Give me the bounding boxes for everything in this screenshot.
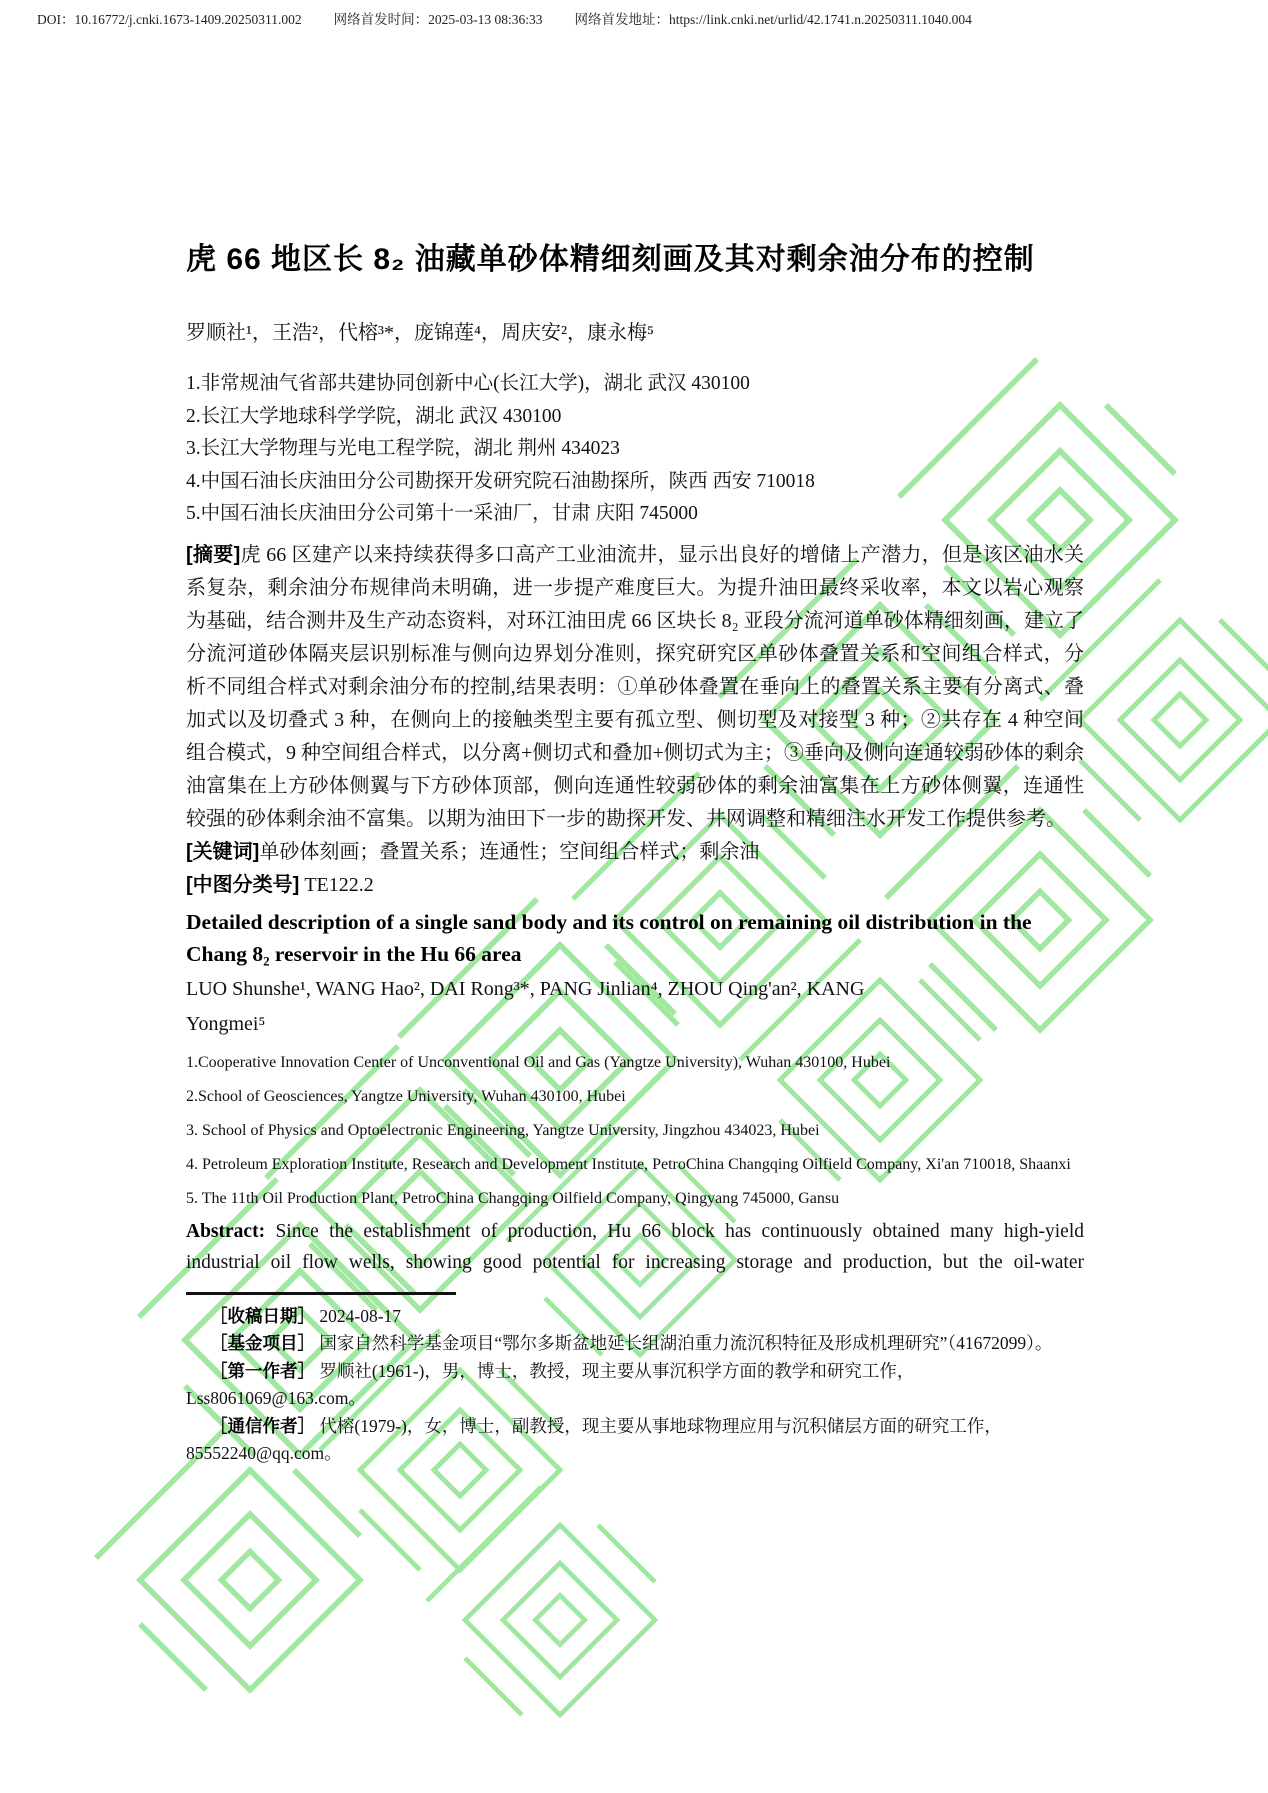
footnote-text: 罗顺社(1961-)，男，博士，教授，现主要从事沉积学方面的教学和研究工作， — [319, 1361, 914, 1381]
affiliations-en: 1.Cooperative Innovation Center of Uncon… — [186, 1046, 1084, 1216]
keywords-label: [关键词] — [186, 841, 259, 863]
footnote-text: 代榕(1979-)，女，博士，副教授，现主要从事地球物理应用与沉积储层方面的研究… — [319, 1416, 1001, 1436]
affiliation-zh-item: 1.非常规油气省部共建协同创新中心(长江大学)，湖北 武汉 430100 — [186, 368, 1084, 401]
keywords-text: 单砂体刻画；叠置关系；连通性；空间组合样式；剩余油 — [259, 841, 759, 863]
footnote-first-author-email: Lss8061069@163.com。 — [186, 1385, 1084, 1413]
footnote-fund: ［基金项目］ 国家自然科学基金项目“鄂尔多斯盆地延长组湖泊重力流沉积特征及形成机… — [186, 1330, 1084, 1358]
title-en: Detailed description of a single sand bo… — [186, 906, 1084, 970]
footnote-label: ［基金项目］ — [210, 1333, 315, 1353]
abstract-en-text: Since the establishment of production, H… — [186, 1221, 1084, 1273]
authors-en: LUO Shunshe¹, WANG Hao², DAI Rong³*, PAN… — [186, 972, 931, 1042]
title-zh: 虎 66 地区长 8₂ 油藏单砂体精细刻画及其对剩余油分布的控制 — [186, 238, 1084, 282]
abstract-zh-label: [摘要] — [186, 544, 240, 566]
footnote-text: 国家自然科学基金项目“鄂尔多斯盆地延长组湖泊重力流沉积特征及形成机理研究”（41… — [319, 1333, 1052, 1353]
affiliation-en-item: 1.Cooperative Innovation Center of Uncon… — [186, 1046, 1084, 1080]
keywords-line: [关键词]单砂体刻画；叠置关系；连通性；空间组合样式；剩余油 — [186, 836, 1084, 869]
abstract-zh-text: 虎 66 区建产以来持续获得多口高产工业油流井，显示出良好的增储上产潜力，但是该… — [186, 544, 1084, 830]
affiliation-zh-item: 2.长江大学地球科学学院，湖北 武汉 430100 — [186, 401, 1084, 434]
footnotes: ［收稿日期］ 2024-08-17 ［基金项目］ 国家自然科学基金项目“鄂尔多斯… — [186, 1303, 1084, 1468]
affiliation-en-item: 3. School of Physics and Optoelectronic … — [186, 1114, 1084, 1148]
footnote-label: ［第一作者］ — [210, 1361, 315, 1381]
affiliations-zh: 1.非常规油气省部共建协同创新中心(长江大学)，湖北 武汉 430100 2.长… — [186, 368, 1084, 531]
footnote-label: ［通信作者］ — [210, 1416, 315, 1436]
article-content: 虎 66 地区长 8₂ 油藏单砂体精细刻画及其对剩余油分布的控制 罗顺社¹，王浩… — [186, 0, 1084, 1468]
abstract-en-label: Abstract: — [186, 1221, 265, 1242]
footnote-first-author: ［第一作者］ 罗顺社(1961-)，男，博士，教授，现主要从事沉积学方面的教学和… — [186, 1358, 1084, 1386]
clc-value: TE122.2 — [299, 874, 373, 896]
footnote-received: ［收稿日期］ 2024-08-17 — [186, 1303, 1084, 1331]
clc-line: [中图分类号] TE122.2 — [186, 869, 1084, 902]
authors-zh: 罗顺社¹，王浩²，代榕³*，庞锦莲⁴，周庆安²，康永梅⁵ — [186, 318, 1084, 348]
affiliation-zh-item: 4.中国石油长庆油田分公司勘探开发研究院石油勘探所，陕西 西安 710018 — [186, 466, 1084, 499]
affiliation-en-item: 4. Petroleum Exploration Institute, Rese… — [186, 1148, 1084, 1182]
footnote-text: 2024-08-17 — [319, 1306, 401, 1326]
footnote-divider — [186, 1292, 456, 1295]
affiliation-zh-item: 3.长江大学物理与光电工程学院，湖北 荆州 434023 — [186, 433, 1084, 466]
clc-label: [中图分类号] — [186, 874, 299, 896]
affiliation-zh-item: 5.中国石油长庆油田分公司第十一采油厂，甘肃 庆阳 745000 — [186, 498, 1084, 531]
affiliation-en-item: 5. The 11th Oil Production Plant, PetroC… — [186, 1182, 1084, 1216]
paper-page: DOI：10.16772/j.cnki.1673-1409.20250311.0… — [0, 0, 1268, 1793]
abstract-en: Abstract: Since the establishment of pro… — [186, 1216, 1084, 1278]
affiliation-en-item: 2.School of Geosciences, Yangtze Univers… — [186, 1080, 1084, 1114]
footnote-label: ［收稿日期］ — [210, 1306, 315, 1326]
footnote-corresponding-author-email: 85552240@qq.com。 — [186, 1440, 1084, 1468]
footnote-corresponding-author: ［通信作者］ 代榕(1979-)，女，博士，副教授，现主要从事地球物理应用与沉积… — [186, 1413, 1084, 1441]
abstract-zh: [摘要]虎 66 区建产以来持续获得多口高产工业油流井，显示出良好的增储上产潜力… — [186, 539, 1084, 836]
